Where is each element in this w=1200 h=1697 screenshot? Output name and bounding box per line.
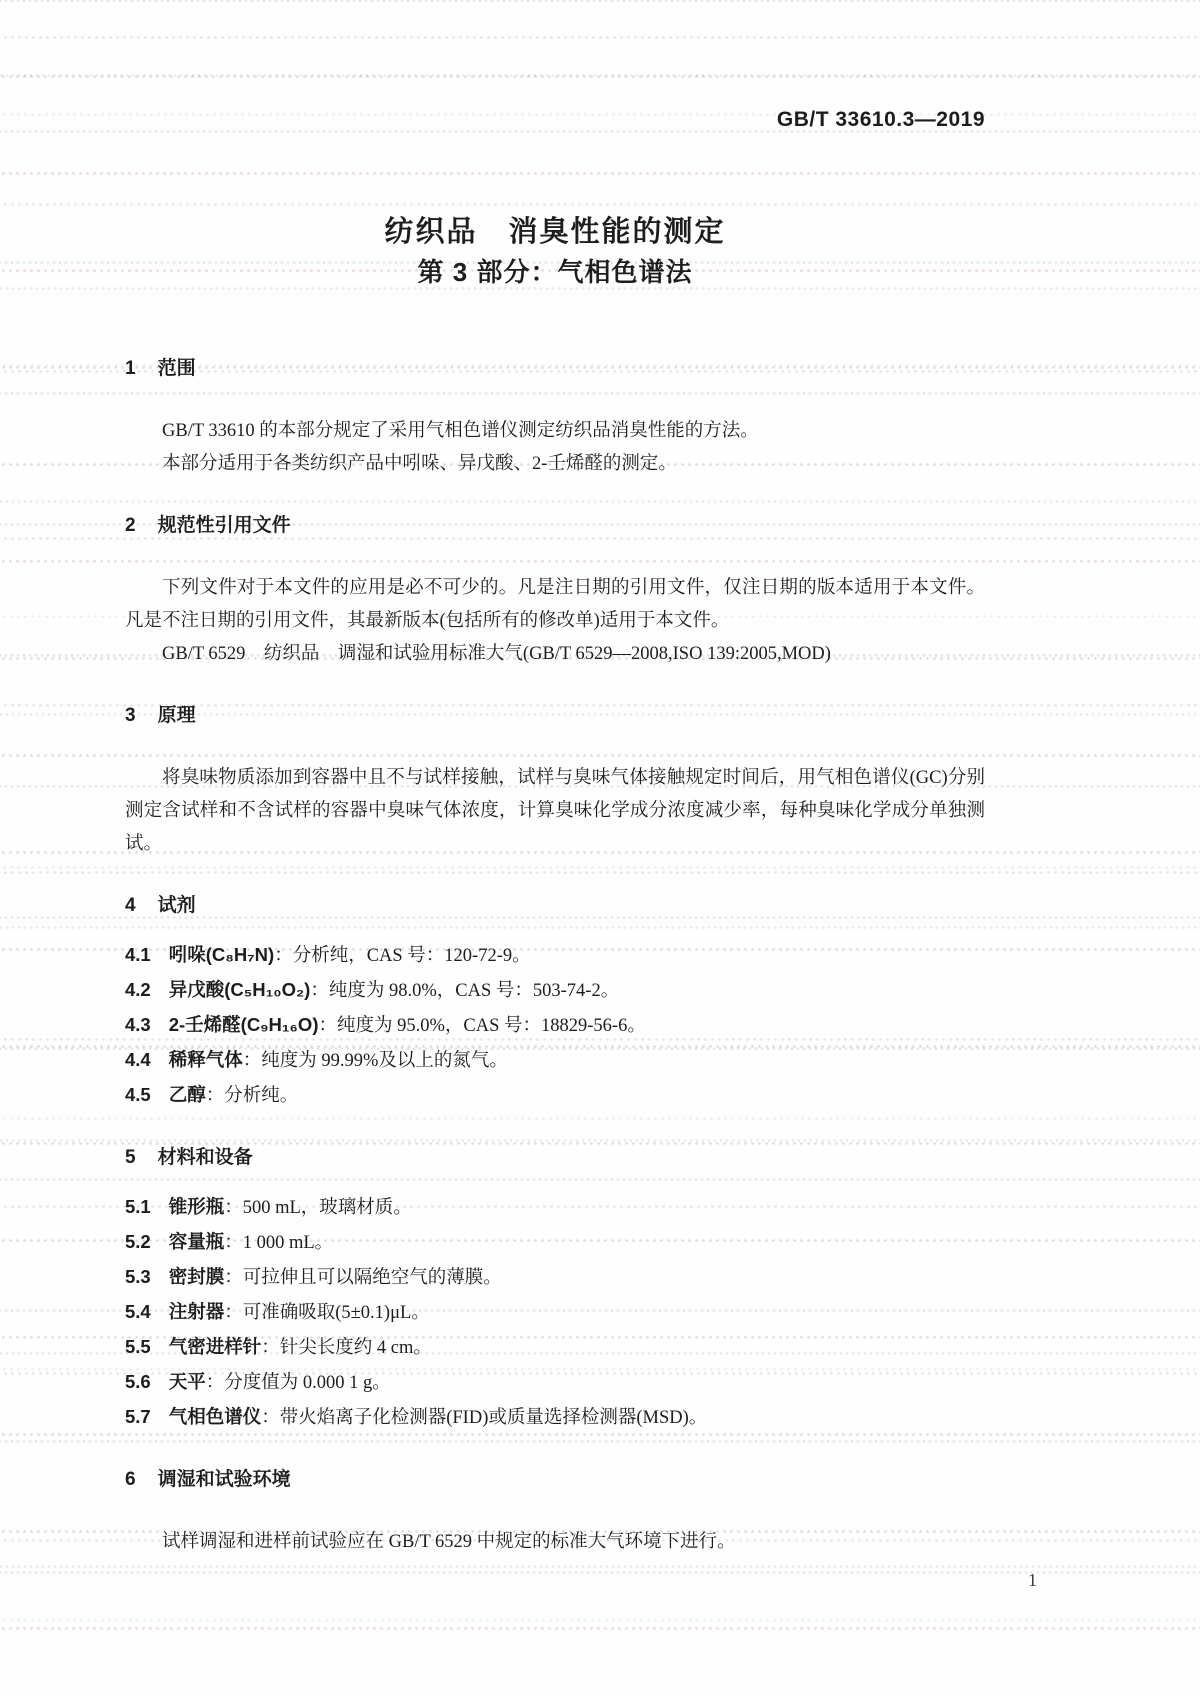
document-title: 纺织品 消臭性能的测定 第 3 部分：气相色谱法 [125, 212, 985, 292]
section-number: 5 [125, 1147, 136, 1168]
section-number: 6 [125, 1469, 136, 1490]
clause-number: 4.3 [125, 1014, 151, 1035]
clause-item: 5.4注射器：可准确吸取(5±0.1)μL。 [125, 1295, 985, 1330]
clause-term: 气密进样针 [169, 1336, 262, 1357]
clause-item: 4.1吲哚(C₈H₇N)：分析纯，CAS 号：120-72-9。 [125, 938, 985, 973]
page-number: 1 [125, 1567, 1037, 1593]
clause-text: ：纯度为 98.0%，CAS 号：503-74-2。 [310, 981, 619, 1001]
paragraph: 本部分适用于各类纺织产品中吲哚、异戊酸、2-壬烯醛的测定。 [125, 448, 985, 481]
section-body: 将臭味物质添加到容器中且不与试样接触，试样与臭味气体接触规定时间后，用气相色谱仪… [125, 762, 985, 861]
clause-term: 容量瓶 [169, 1231, 225, 1252]
clause-item: 4.2异戊酸(C₅H₁₀O₂)：纯度为 98.0%，CAS 号：503-74-2… [125, 973, 985, 1008]
section-title: 材料和设备 [158, 1147, 253, 1168]
clause-item: 4.4稀释气体：纯度为 99.99%及以上的氮气。 [125, 1043, 985, 1078]
title-line-2: 第 3 部分：气相色谱法 [125, 252, 985, 292]
section-heading: 6调湿和试验环境 [125, 1465, 985, 1495]
clause-number: 4.1 [125, 944, 151, 965]
standard-number: GB/T 33610.3—2019 [125, 105, 985, 135]
clause-number: 5.4 [125, 1301, 151, 1322]
section-normative-references: 2规范性引用文件 下列文件对于本文件的应用是必不可少的。凡是注日期的引用文件，仅… [125, 511, 985, 671]
clause-list: 5.1锥形瓶：500 mL，玻璃材质。 5.2容量瓶：1 000 mL。 5.3… [125, 1190, 985, 1435]
paragraph: 试样调湿和进样前试验应在 GB/T 6529 中规定的标准大气环境下进行。 [125, 1526, 985, 1559]
clause-term: 吲哚(C₈H₇N) [169, 944, 274, 965]
section-heading: 2规范性引用文件 [125, 511, 985, 541]
clause-term: 乙醇 [169, 1084, 206, 1105]
section-title: 试剂 [158, 895, 196, 916]
clause-text: ：可拉伸且可以隔绝空气的薄膜。 [224, 1268, 502, 1288]
clause-item: 5.3密封膜：可拉伸且可以隔绝空气的薄膜。 [125, 1260, 985, 1295]
section-heading: 3原理 [125, 701, 985, 731]
clause-text: ：可准确吸取(5±0.1)μL。 [224, 1303, 430, 1323]
clause-text: ：1 000 mL。 [224, 1233, 333, 1253]
section-number: 2 [125, 515, 136, 536]
clause-item: 5.2容量瓶：1 000 mL。 [125, 1225, 985, 1260]
clause-item: 5.5气密进样针：针尖长度约 4 cm。 [125, 1330, 985, 1365]
clause-text: ：分析纯。 [206, 1086, 299, 1106]
clause-number: 4.2 [125, 979, 151, 1000]
clause-item: 5.6天平：分度值为 0.000 1 g。 [125, 1365, 985, 1400]
clause-number: 4.4 [125, 1049, 151, 1070]
clause-item: 4.32-壬烯醛(C₉H₁₆O)：纯度为 95.0%，CAS 号：18829-5… [125, 1008, 985, 1043]
clause-text: ：分析纯，CAS 号：120-72-9。 [274, 946, 530, 966]
clause-item: 5.7气相色谱仪：带火焰离子化检测器(FID)或质量选择检测器(MSD)。 [125, 1400, 985, 1435]
section-number: 3 [125, 705, 136, 726]
clause-item: 4.5乙醇：分析纯。 [125, 1078, 985, 1113]
section-heading: 1范围 [125, 354, 985, 384]
section-title: 调湿和试验环境 [158, 1469, 291, 1490]
clause-text: ：纯度为 95.0%，CAS 号：18829-56-6。 [318, 1016, 645, 1036]
clause-term: 天平 [169, 1371, 206, 1392]
clause-text: ：纯度为 99.99%及以上的氮气。 [243, 1051, 508, 1071]
paragraph: 将臭味物质添加到容器中且不与试样接触，试样与臭味气体接触规定时间后，用气相色谱仪… [125, 762, 985, 861]
clause-number: 5.6 [125, 1371, 151, 1392]
clause-list: 4.1吲哚(C₈H₇N)：分析纯，CAS 号：120-72-9。 4.2异戊酸(… [125, 938, 985, 1113]
clause-term: 稀释气体 [169, 1049, 243, 1070]
clause-number: 4.5 [125, 1084, 151, 1105]
section-materials-equipment: 5材料和设备 5.1锥形瓶：500 mL，玻璃材质。 5.2容量瓶：1 000 … [125, 1143, 985, 1435]
section-reagents: 4试剂 4.1吲哚(C₈H₇N)：分析纯，CAS 号：120-72-9。 4.2… [125, 891, 985, 1113]
clause-term: 异戊酸(C₅H₁₀O₂) [169, 979, 311, 1000]
clause-text: ：分度值为 0.000 1 g。 [206, 1373, 391, 1393]
section-body: 下列文件对于本文件的应用是必不可少的。凡是注日期的引用文件，仅注日期的版本适用于… [125, 572, 985, 671]
clause-number: 5.7 [125, 1406, 151, 1427]
section-title: 范围 [158, 358, 196, 379]
section-heading: 4试剂 [125, 891, 985, 921]
clause-text: ：带火焰离子化检测器(FID)或质量选择检测器(MSD)。 [261, 1408, 707, 1428]
section-number: 1 [125, 358, 136, 379]
clause-text: ：针尖长度约 4 cm。 [261, 1338, 432, 1358]
section-scope: 1范围 GB/T 33610 的本部分规定了采用气相色谱仪测定纺织品消臭性能的方… [125, 354, 985, 481]
section-principle: 3原理 将臭味物质添加到容器中且不与试样接触，试样与臭味气体接触规定时间后，用气… [125, 701, 985, 861]
clause-term: 2-壬烯醛(C₉H₁₆O) [169, 1014, 319, 1035]
document-page: GB/T 33610.3—2019 纺织品 消臭性能的测定 第 3 部分：气相色… [0, 0, 1200, 1697]
section-conditioning-environment: 6调湿和试验环境 试样调湿和进样前试验应在 GB/T 6529 中规定的标准大气… [125, 1465, 985, 1559]
reference-entry: GB/T 6529 纺织品 调湿和试验用标准大气(GB/T 6529—2008,… [125, 638, 985, 671]
title-line-1: 纺织品 消臭性能的测定 [125, 212, 985, 252]
clause-text: ：500 mL，玻璃材质。 [224, 1198, 412, 1218]
paragraph: GB/T 33610 的本部分规定了采用气相色谱仪测定纺织品消臭性能的方法。 [125, 415, 985, 448]
clause-term: 注射器 [169, 1301, 225, 1322]
section-number: 4 [125, 895, 136, 916]
clause-number: 5.2 [125, 1231, 151, 1252]
section-body: 试样调湿和进样前试验应在 GB/T 6529 中规定的标准大气环境下进行。 [125, 1526, 985, 1559]
paragraph: 下列文件对于本文件的应用是必不可少的。凡是注日期的引用文件，仅注日期的版本适用于… [125, 572, 985, 638]
clause-number: 5.5 [125, 1336, 151, 1357]
section-title: 规范性引用文件 [158, 515, 291, 536]
clause-item: 5.1锥形瓶：500 mL，玻璃材质。 [125, 1190, 985, 1225]
section-body: GB/T 33610 的本部分规定了采用气相色谱仪测定纺织品消臭性能的方法。 本… [125, 415, 985, 481]
clause-number: 5.1 [125, 1196, 151, 1217]
clause-term: 锥形瓶 [169, 1196, 225, 1217]
clause-term: 密封膜 [169, 1266, 225, 1287]
clause-number: 5.3 [125, 1266, 151, 1287]
section-heading: 5材料和设备 [125, 1143, 985, 1173]
section-title: 原理 [158, 705, 196, 726]
clause-term: 气相色谱仪 [169, 1406, 262, 1427]
